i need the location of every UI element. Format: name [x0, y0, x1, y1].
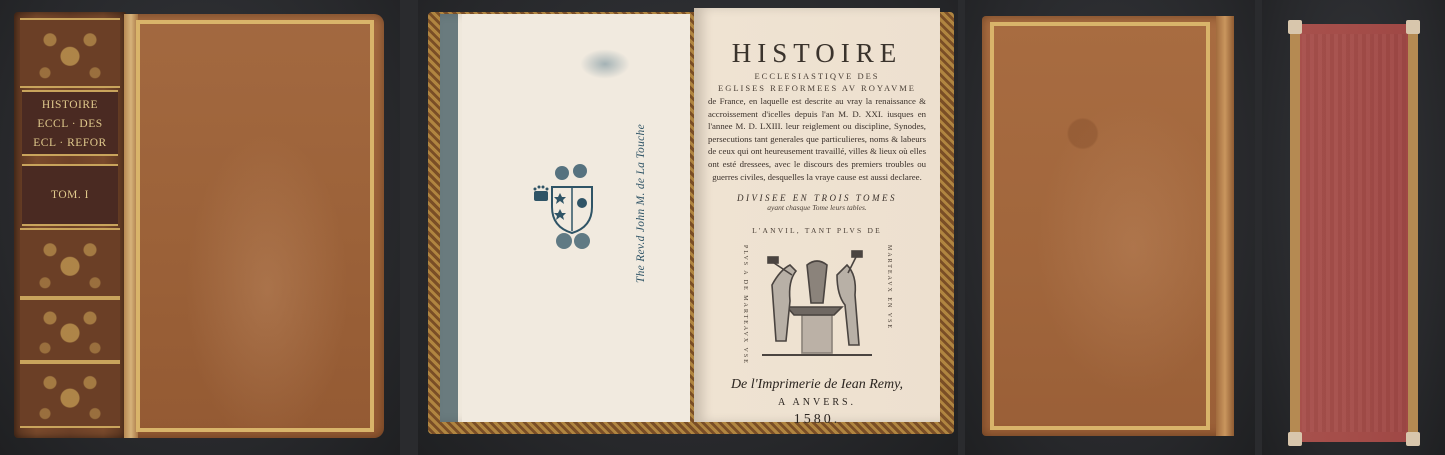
worn-corner: [1288, 432, 1302, 446]
blacksmiths-anvil-icon: [752, 245, 882, 365]
title-page-heading: HISTOIRE: [694, 38, 940, 69]
flyleaf: The Rev.d John M. de La Touche: [462, 14, 690, 422]
title-page-printer: De l'Imprimerie de Iean Remy,: [694, 377, 940, 393]
back-cover: [982, 16, 1234, 436]
worn-corner: [1406, 20, 1420, 34]
spine-title-line: HISTOIRE: [22, 96, 118, 115]
title-page-place: A ANVERS.: [694, 397, 940, 408]
spine-ornament-panel: [20, 298, 120, 362]
woodcut-left-text: PLVS A DE MARTEAVX VSE: [742, 245, 748, 365]
book-spine: HISTOIRE ECCL · DES ECL · REFOR TOM. I: [14, 12, 126, 438]
title-page-description: de France, en laquelle est descrite au v…: [694, 95, 940, 183]
title-page-division: DIVISEE EN TROIS TOMES: [694, 193, 940, 203]
owner-inscription: The Rev.d John M. de La Touche: [635, 124, 647, 283]
title-page-subtitle: ECCLESIASTIQVE DES: [694, 71, 940, 81]
ink-stamp-offset: [580, 49, 630, 79]
spine-title-line: ECL · REFOR: [22, 134, 118, 153]
title-page-division-note: ayant chasque Tome leurs tables.: [694, 203, 940, 212]
spine-volume-label: TOM. I: [22, 164, 118, 226]
spine-ornament-panel: [20, 228, 120, 298]
armorial-bookplate-icon: [532, 159, 602, 254]
spine-title-label: HISTOIRE ECCL · DES ECL · REFOR: [22, 90, 118, 156]
printer-device-woodcut: PLVS A DE MARTEAVX VSE MARTEAVX EN VSE: [742, 245, 892, 365]
red-sprinkled-fore-edge: [1290, 24, 1418, 442]
cover-hinge: [1216, 16, 1234, 436]
worn-corner: [1406, 432, 1420, 446]
spine-ornament-panel: [20, 362, 120, 428]
gilt-fillet-border: [990, 22, 1210, 430]
fore-edge-photo: [1262, 0, 1445, 455]
spine-title-line: ECCL · DES: [22, 115, 118, 134]
printer-device-motto: L'ANVIL, TANT PLVS DE: [694, 226, 940, 235]
title-page: HISTOIRE ECCLESIASTIQVE DES EGLISES REFO…: [694, 8, 940, 422]
front-pastedown: The Rev.d John M. de La Touche: [440, 14, 690, 422]
worn-corner: [1288, 20, 1302, 34]
woodcut-right-text: MARTEAVX EN VSE: [886, 245, 892, 330]
closed-book-photo: HISTOIRE ECCL · DES ECL · REFOR TOM. I: [0, 0, 400, 455]
front-cover: [124, 14, 384, 438]
gilt-fillet-border: [136, 20, 374, 432]
title-page-year: 1580.: [694, 412, 940, 428]
volume-number: TOM. I: [51, 189, 89, 201]
open-book-photo: The Rev.d John M. de La Touche HISTOIRE …: [418, 0, 958, 455]
spine-ornament-panel: [20, 18, 120, 88]
back-cover-photo: [965, 0, 1255, 455]
title-page-subtitle-2: EGLISES REFORMEES AV ROYAVME: [694, 83, 940, 93]
page-edges: [1302, 34, 1406, 432]
